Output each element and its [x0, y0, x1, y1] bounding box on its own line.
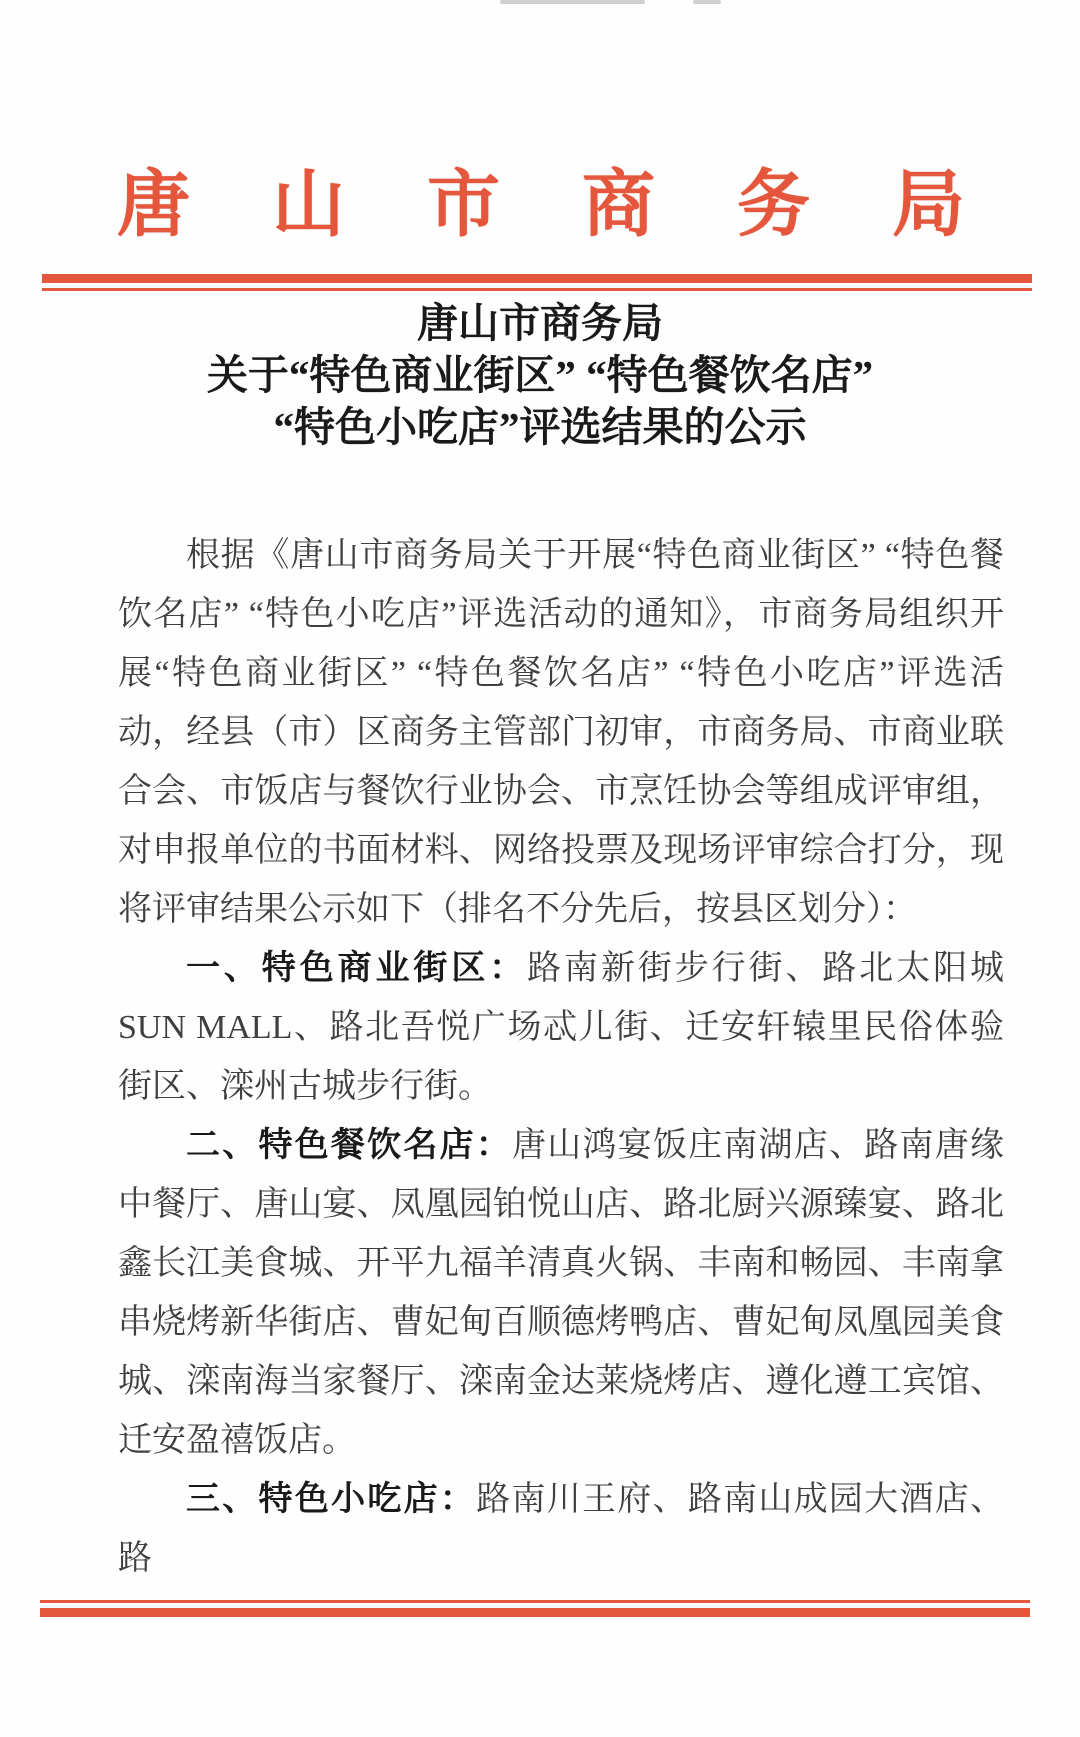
- doc-title-line3: “特色小吃店”评选结果的公示: [30, 401, 1050, 453]
- letterhead-org-name: 唐山市商务局: [117, 168, 1047, 241]
- section-3-label: 三、特色小吃店：: [186, 1480, 476, 1518]
- letterhead-rule-thin: [42, 288, 1032, 291]
- section-1-label: 一、特色商业街区：: [186, 949, 527, 987]
- document-page: 唐山市商务局 唐山市商务局 关于“特色商业街区” “特色餐饮名店” “特色小吃店…: [0, 0, 1080, 1737]
- footer-rule-thick: [40, 1608, 1030, 1617]
- scan-artifact: [693, 0, 721, 4]
- section-commercial-streets: 一、特色商业街区：路南新街步行街、路北太阳城 SUN MALL、路北吾悦广场忒儿…: [118, 939, 1004, 1116]
- doc-title-line1: 唐山市商务局: [30, 297, 1050, 349]
- section-2-label: 二、特色餐饮名店：: [186, 1126, 512, 1164]
- footer-rule-thin: [40, 1600, 1030, 1603]
- doc-title-line2: 关于“特色商业街区” “特色餐饮名店”: [30, 349, 1050, 401]
- intro-paragraph: 根据《唐山市商务局关于开展“特色商业街区” “特色餐饮名店” “特色小吃店”评选…: [118, 526, 1004, 939]
- section-famous-restaurants: 二、特色餐饮名店：唐山鸿宴饭庄南湖店、路南唐缘中餐厅、唐山宴、凤凰园铂悦山店、路…: [118, 1116, 1004, 1470]
- scan-artifact: [500, 0, 645, 4]
- letterhead-rule-thick: [42, 274, 1032, 283]
- document-body: 根据《唐山市商务局关于开展“特色商业街区” “特色餐饮名店” “特色小吃店”评选…: [118, 526, 1004, 1588]
- section-snack-shops: 三、特色小吃店：路南川王府、路南山成园大酒店、路: [118, 1470, 1004, 1588]
- section-2-content: 唐山鸿宴饭庄南湖店、路南唐缘中餐厅、唐山宴、凤凰园铂悦山店、路北厨兴源臻宴、路北…: [118, 1127, 1004, 1459]
- document-title: 唐山市商务局 关于“特色商业街区” “特色餐饮名店” “特色小吃店”评选结果的公…: [30, 297, 1050, 453]
